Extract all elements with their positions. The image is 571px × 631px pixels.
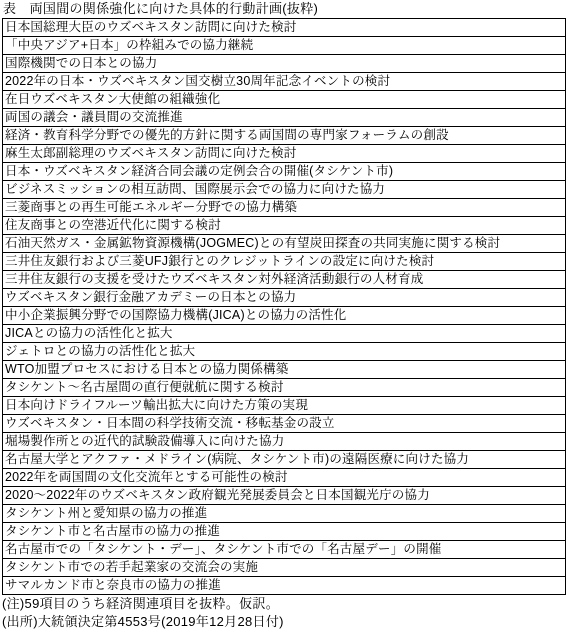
table-row: タシケント市での若手起業家の交流会の実施	[3, 559, 566, 577]
table-row: ジェトロとの協力の活性化と拡大	[3, 343, 566, 361]
action-plan-table: 日本国総理大臣のウズベキスタン訪問に向けた検討 「中央アジア+日本」の枠組みでの…	[2, 18, 566, 595]
table-row: 日本・ウズベキスタン経済合同会議の定例会合の開催(タシケント市)	[3, 163, 566, 181]
table-row: ウズベキスタン銀行金融アカデミーの日本との協力	[3, 289, 566, 307]
note-line: (注)59項目のうち経済関連項目を抜粋。仮訳。	[2, 595, 571, 613]
table-row: 名古屋市での「タシケント・デー」、タシケント市での「名古屋デー」の開催	[3, 541, 566, 559]
table-row: サマルカンド市と奈良市の協力の推進	[3, 577, 566, 595]
table-row: ビジネスミッションの相互訪問、国際展示会での協力に向けた協力	[3, 181, 566, 199]
table-row: 両国の議会・議員間の交流推進	[3, 109, 566, 127]
table-row: JICAとの協力の活性化と拡大	[3, 325, 566, 343]
table-row: 中小企業振興分野での国際協力機構(JICA)との協力の活性化	[3, 307, 566, 325]
source-line: (出所)大統領決定第4553号(2019年12月28日付)	[2, 613, 571, 631]
table-row: WTO加盟プロセスにおける日本との協力関係構築	[3, 361, 566, 379]
table-row: 経済・教育科学分野での優先的方針に関する両国間の専門家フォーラムの創設	[3, 127, 566, 145]
table-row: 堀場製作所との近代的試験設備導入に向けた協力	[3, 433, 566, 451]
table-row: 2020～2022年のウズベキスタン政府観光発展委員会と日本国観光庁の協力	[3, 487, 566, 505]
table-row: 日本向けドライフルーツ輸出拡大に向けた方策の実現	[3, 397, 566, 415]
table-row: 「中央アジア+日本」の枠組みでの協力継続	[3, 37, 566, 55]
table-row: タシケント州と愛知県の協力の推進	[3, 505, 566, 523]
footnotes: (注)59項目のうち経済関連項目を抜粋。仮訳。 (出所)大統領決定第4553号(…	[0, 595, 571, 631]
table-row: 国際機関での日本との協力	[3, 55, 566, 73]
table-row: 2022年を両国間の文化交流年とする可能性の検討	[3, 469, 566, 487]
table-row: ウズベキスタン・日本間の科学技術交流・移転基金の設立	[3, 415, 566, 433]
table-row: 麻生太郎副総理のウズベキスタン訪問に向けた検討	[3, 145, 566, 163]
document-page: 表 両国間の関係強化に向けた具体的行動計画(抜粋) 日本国総理大臣のウズベキスタ…	[0, 0, 571, 631]
table-row: 三井住友銀行および三菱UFJ銀行とのクレジットラインの設定に向けた検討	[3, 253, 566, 271]
table-title: 表 両国間の関係強化に向けた具体的行動計画(抜粋)	[0, 0, 571, 18]
table-row: 住友商事との空港近代化に関する検討	[3, 217, 566, 235]
table-row: 2022年の日本・ウズベキスタン国交樹立30周年記念イベントの検討	[3, 73, 566, 91]
table-row: 日本国総理大臣のウズベキスタン訪問に向けた検討	[3, 19, 566, 37]
table-row: 三菱商事との再生可能エネルギー分野での協力構築	[3, 199, 566, 217]
table-row: 三井住友銀行の支援を受けたウズベキスタン対外経済活動銀行の人材育成	[3, 271, 566, 289]
table-row: タシケント市と名古屋市の協力の推進	[3, 523, 566, 541]
table-row: 名古屋大学とアクファ・メドライン(病院、タシケント市)の遠隔医療に向けた協力	[3, 451, 566, 469]
table-row: 在日ウズベキスタン大使館の組織強化	[3, 91, 566, 109]
table-row: 石油天然ガス・金属鉱物資源機構(JOGMEC)との有望炭田探査の共同実施に関する…	[3, 235, 566, 253]
table-row: タシケント～名古屋間の直行便就航に関する検討	[3, 379, 566, 397]
